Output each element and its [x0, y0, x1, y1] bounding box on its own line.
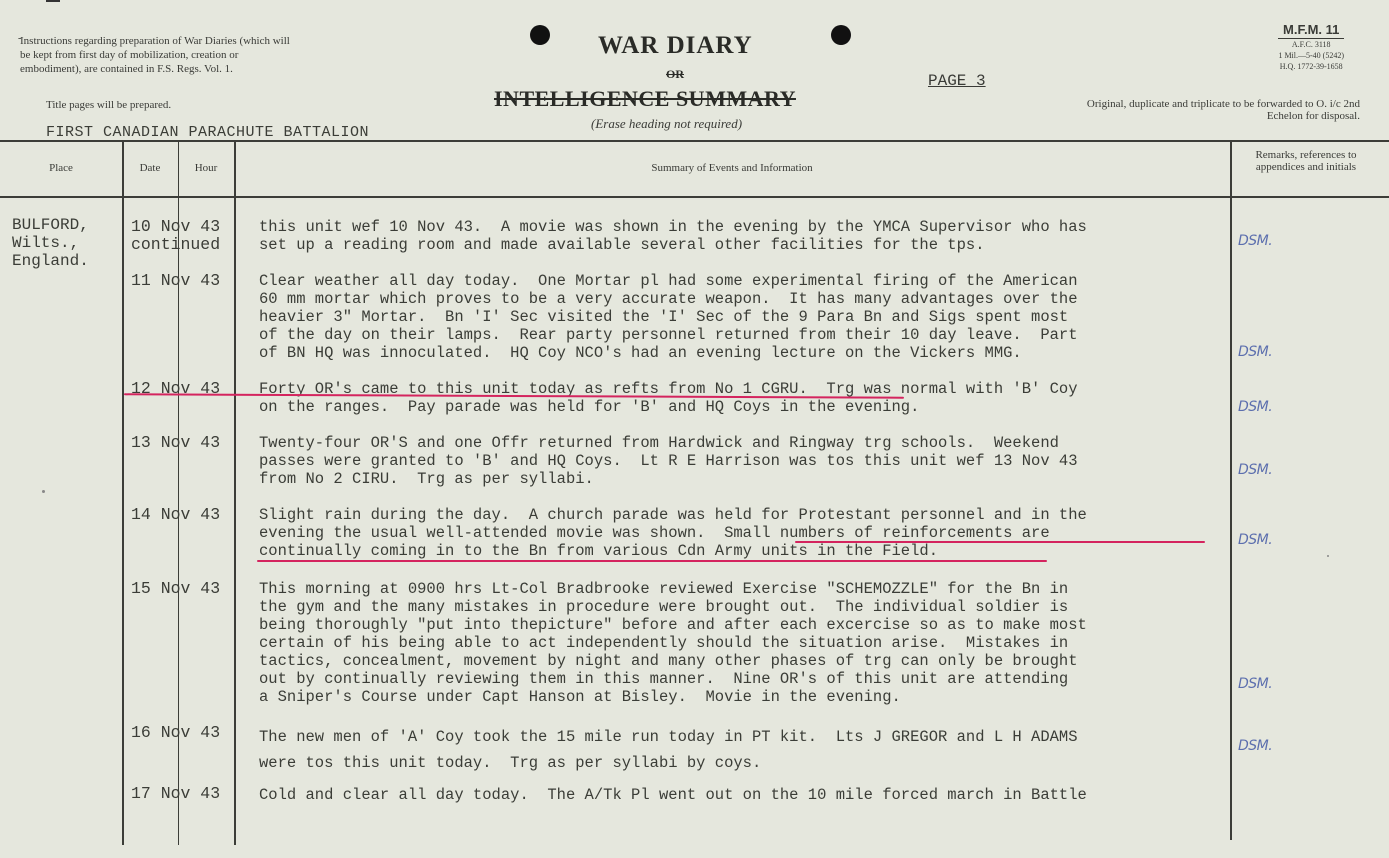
highlight-underline-14nov-1: [795, 541, 1205, 543]
entry-text: Forty OR's came to this unit today as re…: [259, 380, 1219, 416]
title-pages-note: Title pages will be prepared.: [46, 99, 171, 111]
form-code: M.F.M. 11: [1278, 22, 1344, 39]
page-title: WAR DIARY: [598, 32, 753, 60]
entry-initials: DSM.: [1238, 676, 1272, 692]
entry-date: 14 Nov 43: [131, 506, 220, 524]
col-header-remarks: Remarks, references to appendices and in…: [1238, 149, 1374, 173]
paper-speck: [42, 490, 45, 493]
col-header-hour: Hour: [178, 162, 234, 174]
entry-text: Slight rain during the day. A church par…: [259, 506, 1219, 560]
form-sub-3: H.Q. 1772-39-1658: [1278, 61, 1344, 72]
title-or-struck: OR: [666, 67, 684, 82]
punch-hole-left: [530, 25, 550, 45]
entry-text: Clear weather all day today. One Mortar …: [259, 272, 1219, 362]
col-divider-summary: [1230, 140, 1232, 840]
entry-initials: DSM.: [1238, 738, 1272, 754]
entry-date: 10 Nov 43 continued: [131, 218, 220, 254]
erase-note: (Erase heading not required): [591, 116, 742, 132]
paper-speck: [1327, 555, 1329, 557]
entry-text: This morning at 0900 hrs Lt-Col Bradbroo…: [259, 580, 1219, 706]
punch-hole-right: [831, 25, 851, 45]
entry-date: 17 Nov 43: [131, 785, 220, 803]
bullet-mark: ‐: [18, 32, 21, 46]
page-number: PAGE 3: [928, 72, 986, 90]
col-header-summary: Summary of Events and Information: [234, 162, 1230, 174]
entry-date: 13 Nov 43: [131, 434, 220, 452]
place-cell: BULFORD, Wilts., England.: [12, 216, 89, 270]
distribution-note: Original, duplicate and triplicate to be…: [1050, 98, 1360, 122]
entry-date: 11 Nov 43: [131, 272, 220, 290]
entry-initials: DSM.: [1238, 399, 1272, 415]
unit-name: FIRST CANADIAN PARACHUTE BATTALION: [46, 124, 369, 141]
entry-text: The new men of 'A' Coy took the 15 mile …: [259, 724, 1219, 776]
entry-date: 15 Nov 43: [131, 580, 220, 598]
col-header-date: Date: [122, 162, 178, 174]
instructions-note: ‐ Instructions regarding preparation of …: [20, 34, 290, 76]
entry-initials: DSM.: [1238, 344, 1272, 360]
instructions-text: Instructions regarding preparation of Wa…: [20, 35, 290, 75]
table-top-rule: [0, 140, 1389, 142]
corner-mark: [46, 0, 60, 4]
entry-initials: DSM.: [1238, 532, 1272, 548]
entry-initials: DSM.: [1238, 462, 1272, 478]
col-header-place: Place: [0, 162, 122, 174]
intelligence-summary-struck: INTELLIGENCE SUMMARY: [494, 86, 796, 112]
entry-text: Twenty-four OR'S and one Offr returned f…: [259, 434, 1219, 488]
entry-text: this unit wef 10 Nov 43. A movie was sho…: [259, 218, 1219, 254]
col-divider-hour: [234, 140, 236, 845]
form-sub-2: 1 Mil.—5-40 (5242): [1278, 50, 1344, 61]
col-divider-place: [122, 140, 124, 845]
war-diary-page: ‐ Instructions regarding preparation of …: [0, 0, 1389, 858]
table-header-rule: [0, 196, 1389, 198]
entry-date: 16 Nov 43: [131, 724, 220, 742]
entry-initials: DSM.: [1238, 233, 1272, 249]
form-code-block: M.F.M. 11 A.F.C. 3118 1 Mil.—5-40 (5242)…: [1278, 22, 1344, 72]
form-sub-1: A.F.C. 3118: [1278, 39, 1344, 50]
highlight-underline-14nov-2: [257, 560, 1047, 562]
entry-text: Cold and clear all day today. The A/Tk P…: [259, 786, 1219, 804]
